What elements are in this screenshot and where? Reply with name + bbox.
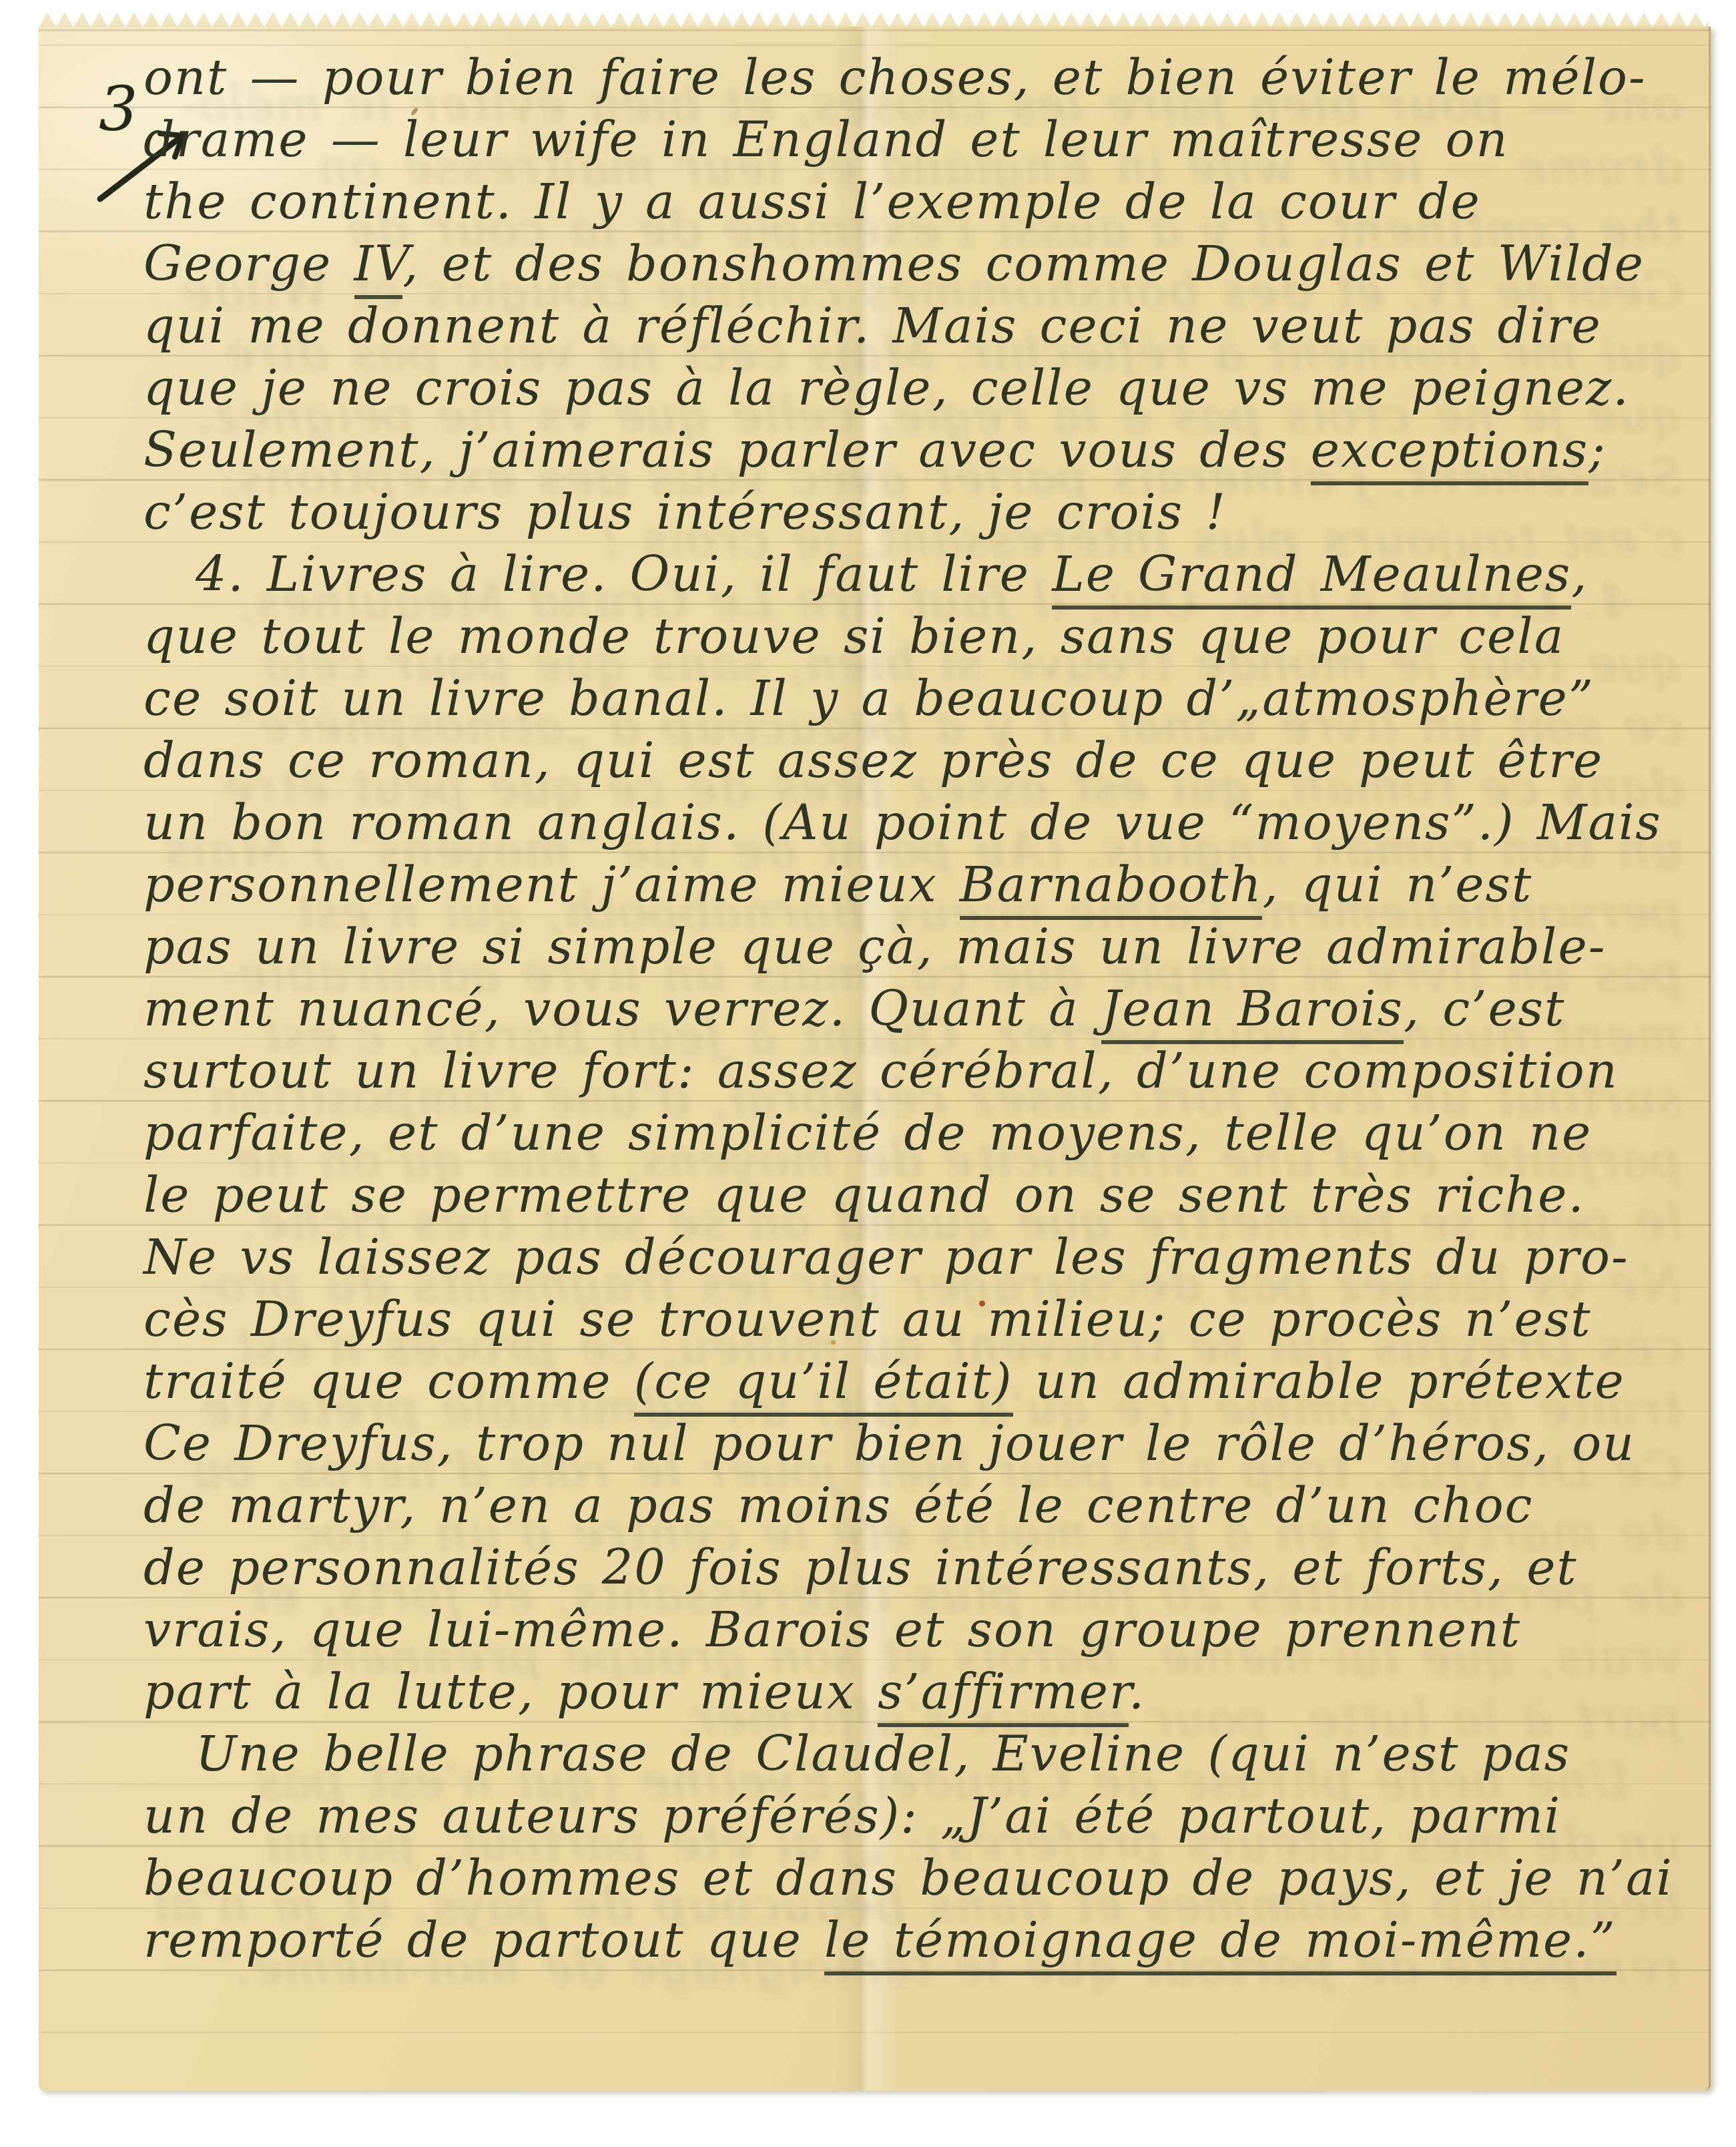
manuscript-line: parfaite, et d’une simplicité de moyens,… — [143, 1102, 1699, 1164]
manuscript-line: que je ne crois pas à la règle, celle qu… — [143, 357, 1699, 419]
handwritten-text: cès Dreyfus qui se trouvent au milieu; c… — [143, 1291, 1592, 1348]
manuscript-line: ont — pour bien faire les choses, et bie… — [143, 47, 1699, 109]
handwritten-text: Ce Dreyfus, trop nul pour bien jouer le … — [143, 1415, 1635, 1472]
underlined-phrase: le témoignage de moi-même.” — [824, 1912, 1617, 1975]
handwritten-text: 4. Livres à lire. Oui, il faut lire — [196, 546, 1052, 603]
manuscript-line: cès Dreyfus qui se trouvent au milieu; c… — [143, 1288, 1699, 1351]
scan-background: { "page": { "number": "3", "paper_color"… — [0, 0, 1736, 2147]
manuscript-line: Seulement, j’aimerais parler avec vous d… — [143, 419, 1699, 481]
handwritten-text: traité que comme — [143, 1353, 634, 1410]
manuscript-line: de martyr, n’en a pas moins été le centr… — [143, 1475, 1699, 1537]
manuscript-line: pas un livre si simple que çà, mais un l… — [143, 916, 1699, 978]
underlined-phrase: s’affirmer — [878, 1664, 1129, 1727]
handwritten-text: remporté de partout que — [143, 1912, 824, 1969]
manuscript-line: ce soit un livre banal. Il y a beaucoup … — [143, 668, 1699, 730]
handwritten-text: pas un livre si simple que çà, mais un l… — [143, 919, 1606, 975]
handwritten-text: de martyr, n’en a pas moins été le centr… — [143, 1477, 1533, 1534]
handwritten-text: ce soit un livre banal. Il y a beaucoup … — [143, 670, 1595, 727]
manuscript-line: drame — leur wife in England et leur maî… — [143, 109, 1699, 171]
handwritten-text: parfaite, et d’une simplicité de moyens,… — [143, 1105, 1592, 1162]
handwritten-text: ont — pour bien faire les choses, et bie… — [143, 49, 1647, 106]
handwritten-text: part à la lutte, pour mieux — [143, 1664, 878, 1720]
handwritten-text: , qui n’est — [1262, 857, 1532, 913]
handwritten-text: , c’est — [1404, 981, 1566, 1037]
handwritten-text: . — [1129, 1664, 1145, 1720]
manuscript-line: dans ce roman, qui est assez près de ce … — [143, 730, 1699, 792]
torn-edge — [39, 11, 1709, 27]
underlined-phrase: exceptions — [1311, 422, 1588, 485]
manuscript-line: ment nuancé, vous verrez. Quant à Jean B… — [143, 978, 1699, 1040]
handwritten-text: drame — leur wife in England et leur maî… — [143, 111, 1509, 168]
handwritten-text: surtout un livre fort: assez cérébral, d… — [143, 1043, 1619, 1100]
handwritten-text: un admirable prétexte — [1013, 1353, 1625, 1410]
handwritten-text: qui me donnent à réfléchir. Mais ceci ne… — [143, 298, 1602, 354]
handwritten-text: the continent. Il y a aussi l’exemple de… — [143, 174, 1481, 230]
manuscript-line: part à la lutte, pour mieux s’affirmer. — [143, 1661, 1699, 1723]
handwritten-text: George — [143, 236, 354, 292]
underlined-phrase: IV — [354, 236, 403, 299]
manuscript-line: 4. Livres à lire. Oui, il faut lire Le G… — [143, 543, 1699, 606]
handwritten-text: , — [1571, 546, 1588, 603]
manuscript-line: traité que comme (ce qu’il était) un adm… — [143, 1351, 1699, 1413]
manuscript-line: Ne vs laissez pas décourager par les fra… — [143, 1226, 1699, 1288]
manuscript-line: vrais, que lui-même. Barois et son group… — [143, 1599, 1699, 1661]
manuscript-line: Ce Dreyfus, trop nul pour bien jouer le … — [143, 1413, 1699, 1475]
manuscript-line: que tout le monde trouve si bien, sans q… — [143, 606, 1699, 668]
handwritten-text: de personnalités 20 fois plus intéressan… — [143, 1539, 1578, 1596]
handwritten-text: le peut se permettre que quand on se sen… — [143, 1167, 1585, 1224]
handwritten-text: , et des bonshommes comme Douglas et Wil… — [402, 236, 1645, 292]
handwritten-text: que je ne crois pas à la règle, celle qu… — [143, 360, 1630, 417]
handwritten-text: un de mes auteurs préférés): „J’ai été p… — [143, 1788, 1561, 1845]
handwritten-text: personnellement j’aime mieux — [143, 857, 960, 913]
handwritten-text: beaucoup d’hommes et dans beaucoup de pa… — [143, 1850, 1673, 1907]
manuscript-line: qui me donnent à réfléchir. Mais ceci ne… — [143, 295, 1699, 357]
manuscript-line: de personnalités 20 fois plus intéressan… — [143, 1537, 1699, 1599]
manuscript-line: the continent. Il y a aussi l’exemple de… — [143, 171, 1699, 233]
handwritten-text: vrais, que lui-même. Barois et son group… — [143, 1602, 1521, 1658]
underlined-phrase: Jean Barois — [1101, 981, 1404, 1044]
handwritten-text: ; — [1588, 422, 1607, 479]
manuscript-line: Une belle phrase de Claudel, Eveline (qu… — [143, 1723, 1699, 1785]
handwritten-text: Ne vs laissez pas décourager par les fra… — [143, 1229, 1629, 1286]
handwritten-text: Une belle phrase de Claudel, Eveline (qu… — [196, 1726, 1570, 1782]
manuscript-line: beaucoup d’hommes et dans beaucoup de pa… — [143, 1847, 1699, 1909]
manuscript-line: un bon roman anglais. (Au point de vue “… — [143, 792, 1699, 854]
manuscript-line: le peut se permettre que quand on se sen… — [143, 1164, 1699, 1226]
manuscript-line: remporté de partout que le témoignage de… — [143, 1909, 1699, 1971]
handwritten-text: un bon roman anglais. (Au point de vue “… — [143, 794, 1662, 851]
underlined-phrase: Le Grand Meaulnes — [1052, 546, 1571, 610]
underlined-phrase: (ce qu’il était) — [634, 1353, 1013, 1417]
manuscript-line: personnellement j’aime mieux Barnabooth,… — [143, 854, 1699, 916]
manuscript-line: George IV, et des bonshommes comme Dougl… — [143, 233, 1699, 295]
handwritten-text: Seulement, j’aimerais parler avec vous d… — [143, 422, 1311, 479]
manuscript-lines: ont — pour bien faire les choses, et bie… — [143, 47, 1699, 1971]
handwritten-text: ment nuancé, vous verrez. Quant à — [143, 981, 1101, 1037]
underlined-phrase: Barnabooth — [960, 857, 1263, 920]
manuscript-line: surtout un livre fort: assez cérébral, d… — [143, 1040, 1699, 1102]
manuscript-line: c’est toujours plus intéressant, je croi… — [143, 481, 1699, 543]
manuscript-line: un de mes auteurs préférés): „J’ai été p… — [143, 1785, 1699, 1847]
handwritten-text: que tout le monde trouve si bien, sans q… — [143, 608, 1564, 665]
handwritten-text: c’est toujours plus intéressant, je croi… — [143, 484, 1227, 541]
handwritten-text: dans ce roman, qui est assez près de ce … — [143, 732, 1603, 789]
